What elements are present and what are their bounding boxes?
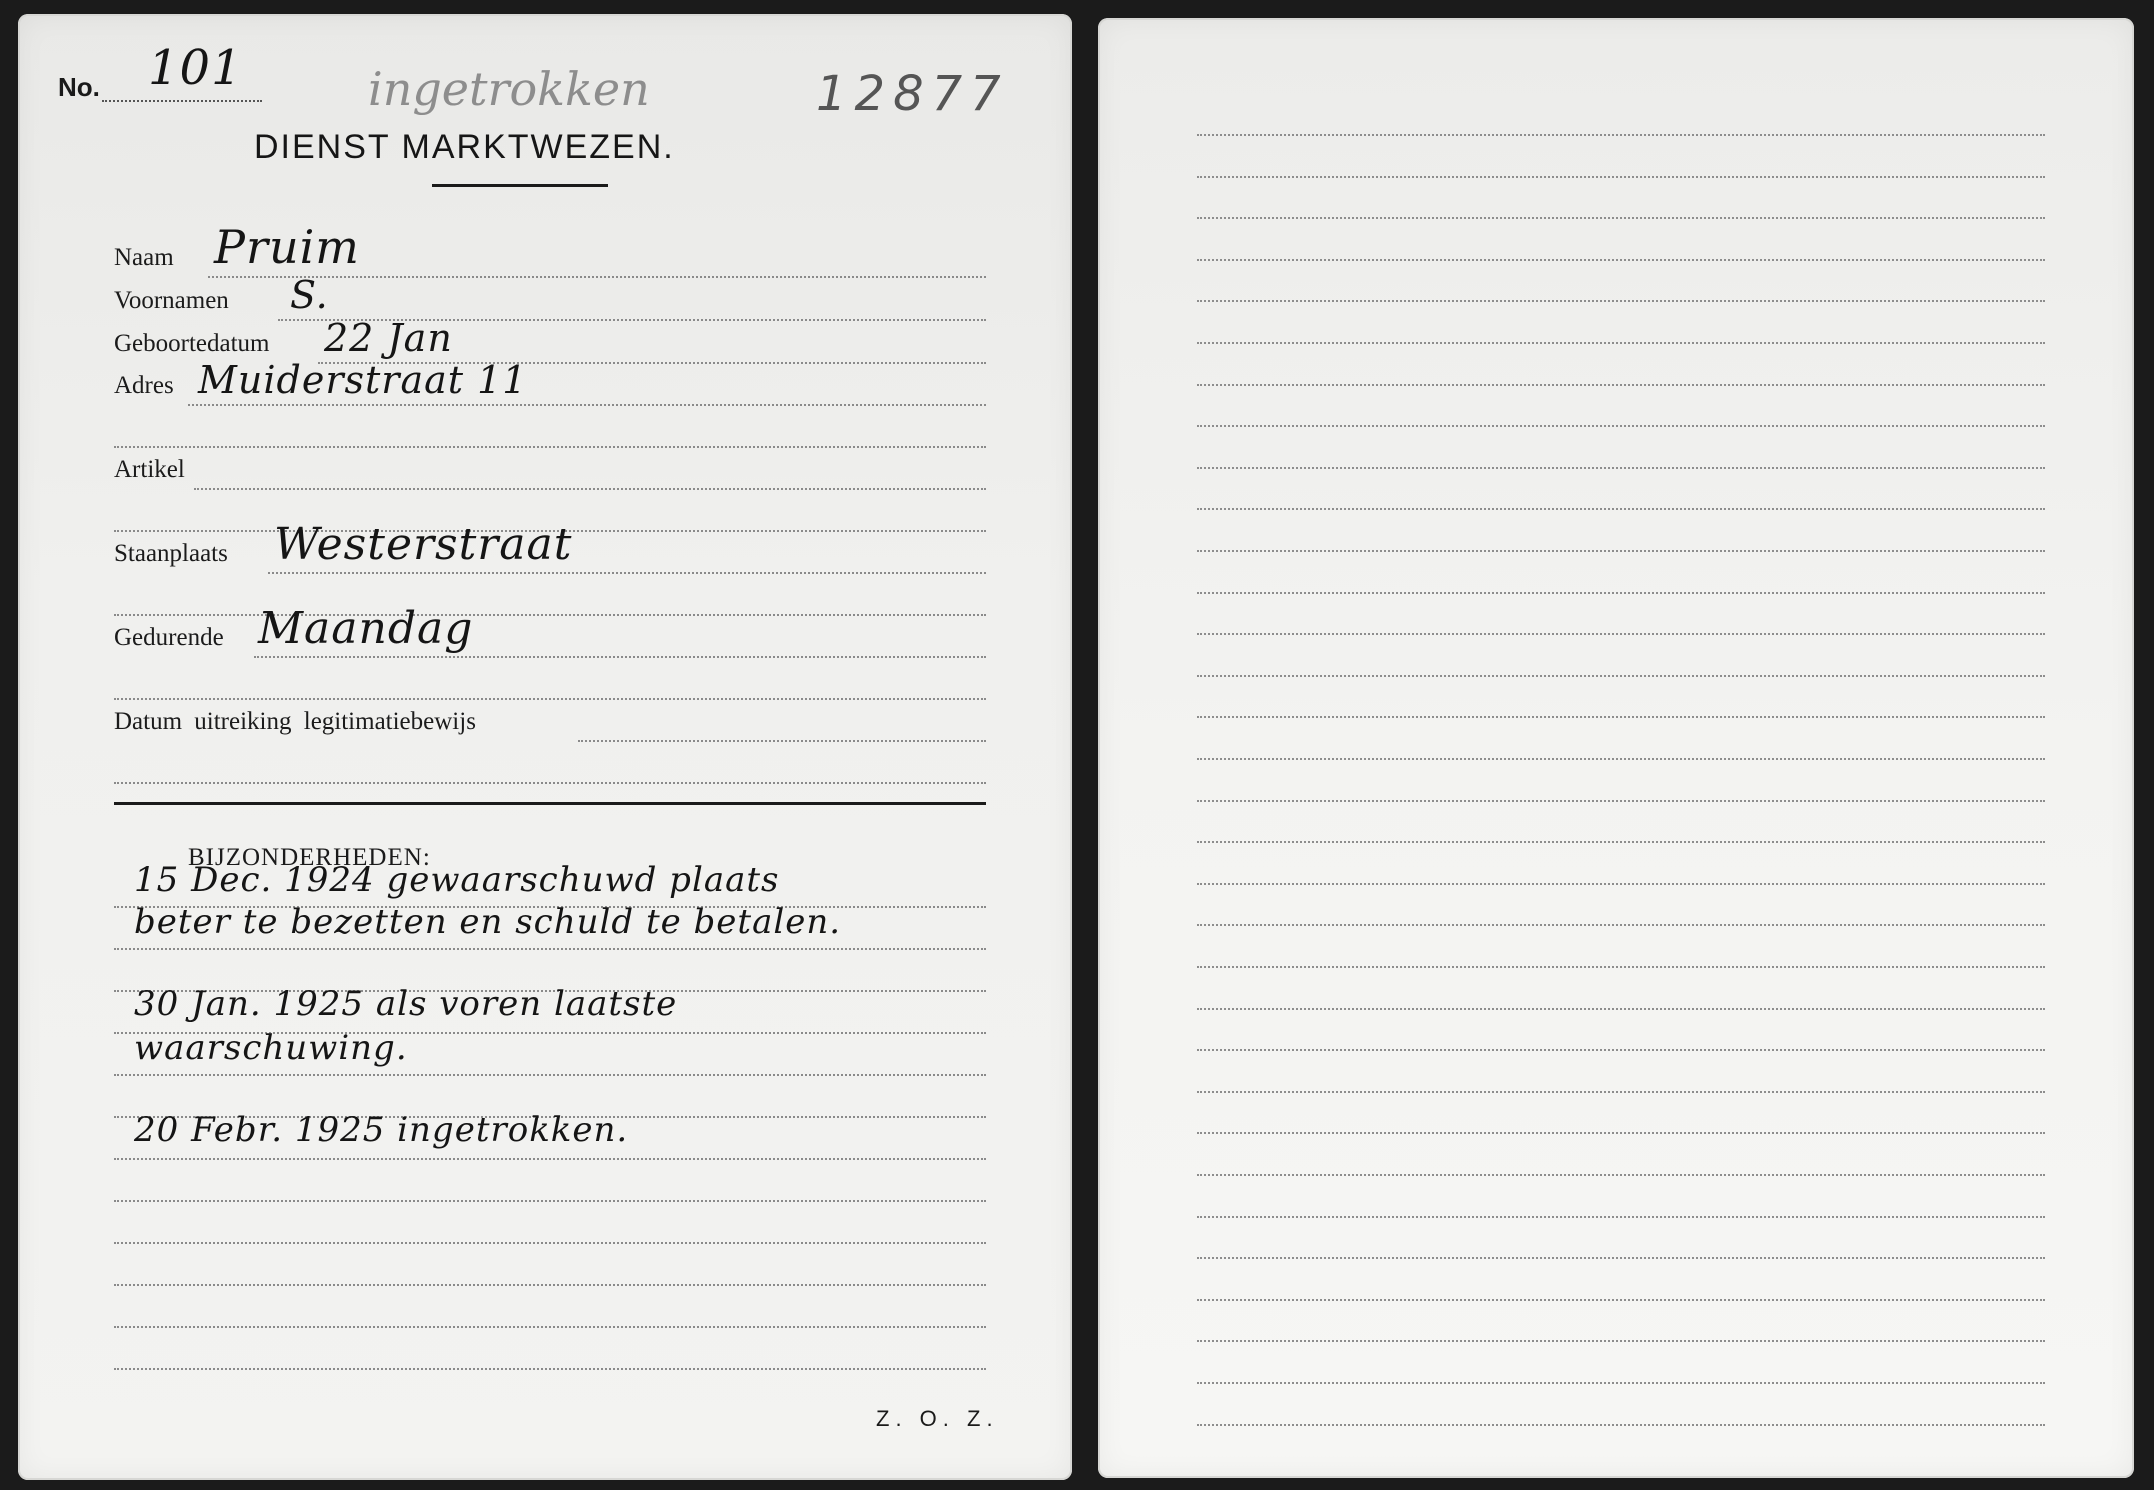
back-card <box>1098 18 2134 1478</box>
dotted-line <box>268 572 986 574</box>
field-label: Artikel <box>114 456 185 484</box>
field-label: Adres <box>114 372 174 400</box>
detail-line: 20 Febr. 1925 ingetrokken. <box>134 1110 628 1150</box>
field-label: Voornamen <box>114 287 229 315</box>
field-value: Westerstraat <box>274 519 572 570</box>
front-card: No. 101 ingetrokken 12877 DIENST MARKTWE… <box>18 14 1072 1480</box>
dotted-line <box>1197 675 2045 677</box>
dotted-line <box>1197 134 2045 136</box>
field-gedurende: Gedurende Maandag <box>114 608 986 656</box>
field-value: 22 Jan <box>324 316 453 360</box>
page-title: DIENST MARKTWEZEN. <box>254 128 675 167</box>
number-value: 101 <box>148 40 243 96</box>
pencil-number: 12877 <box>816 66 1009 122</box>
dotted-line <box>1197 508 2045 510</box>
dotted-line <box>1197 176 2045 178</box>
dotted-line <box>1197 1049 2045 1051</box>
dotted-line <box>1197 1216 2045 1218</box>
dotted-line <box>1197 550 2045 552</box>
dotted-line <box>114 1242 986 1244</box>
field-label: Geboortedatum <box>114 330 270 358</box>
number-label: No. <box>58 72 100 103</box>
dotted-line <box>1197 342 2045 344</box>
dotted-line <box>1197 1174 2045 1176</box>
field-adres: Adres Muiderstraat 11 <box>114 356 986 404</box>
field-artikel: Artikel <box>114 440 986 488</box>
field-value: S. <box>290 273 329 317</box>
dotted-line <box>1197 966 2045 968</box>
section-divider <box>114 802 986 805</box>
dotted-line <box>194 488 986 490</box>
field-geboortedatum: Geboortedatum 22 Jan <box>114 314 986 362</box>
dotted-line <box>1197 1340 2045 1342</box>
dotted-line <box>1197 300 2045 302</box>
dotted-line <box>1197 633 2045 635</box>
dotted-line <box>1197 1382 2045 1384</box>
dotted-line <box>114 1200 986 1202</box>
detail-line: waarschuwing. <box>134 1028 408 1068</box>
field-label: Gedurende <box>114 624 224 652</box>
dotted-line <box>114 948 986 950</box>
dotted-line <box>254 656 986 658</box>
dotted-line <box>1197 1257 2045 1259</box>
dotted-line <box>1197 425 2045 427</box>
dotted-line <box>1197 758 2045 760</box>
dotted-line <box>1197 1424 2045 1426</box>
dotted-line <box>1197 883 2045 885</box>
dotted-line <box>1197 800 2045 802</box>
dotted-line <box>1197 217 2045 219</box>
detail-line: 30 Jan. 1925 als voren laatste <box>134 984 677 1024</box>
dotted-line <box>114 1326 986 1328</box>
field-label: Datum uitreiking legitimatiebewijs <box>114 708 476 736</box>
dotted-line <box>114 1074 986 1076</box>
field-value: Muiderstraat 11 <box>198 358 527 402</box>
title-rule <box>432 184 608 187</box>
field-voornamen: Voornamen S. <box>114 271 986 319</box>
dotted-line <box>1197 1132 2045 1134</box>
field-value: Maandag <box>258 603 473 654</box>
field-label: Naam <box>114 244 174 272</box>
dotted-line <box>188 404 986 406</box>
dotted-line <box>114 1158 986 1160</box>
field-staanplaats: Staanplaats Westerstraat <box>114 524 986 572</box>
dotted-line <box>1197 259 2045 261</box>
detail-line: 15 Dec. 1924 gewaarschuwd plaats <box>134 860 779 900</box>
dotted-line <box>1197 467 2045 469</box>
dotted-line <box>114 1284 986 1286</box>
field-datum-uitreiking: Datum uitreiking legitimatiebewijs <box>114 692 986 740</box>
field-label: Staanplaats <box>114 540 228 568</box>
field-naam: Naam Pruim <box>114 228 986 276</box>
pencil-note: ingetrokken <box>368 62 650 116</box>
dotted-line <box>1197 716 2045 718</box>
number-dotted-line <box>102 100 262 102</box>
dotted-line <box>578 740 986 742</box>
field-value: Pruim <box>214 220 360 274</box>
dotted-line <box>114 1368 986 1370</box>
dotted-line <box>1197 924 2045 926</box>
dotted-line <box>1197 1299 2045 1301</box>
dotted-line <box>1197 1008 2045 1010</box>
dotted-line <box>1197 592 2045 594</box>
footer-zoz: Z. O. Z. <box>876 1406 999 1432</box>
dotted-line <box>1197 841 2045 843</box>
dotted-line <box>114 782 986 784</box>
detail-line: beter te bezetten en schuld te betalen. <box>134 902 841 942</box>
dotted-line <box>1197 384 2045 386</box>
dotted-line <box>1197 1091 2045 1093</box>
